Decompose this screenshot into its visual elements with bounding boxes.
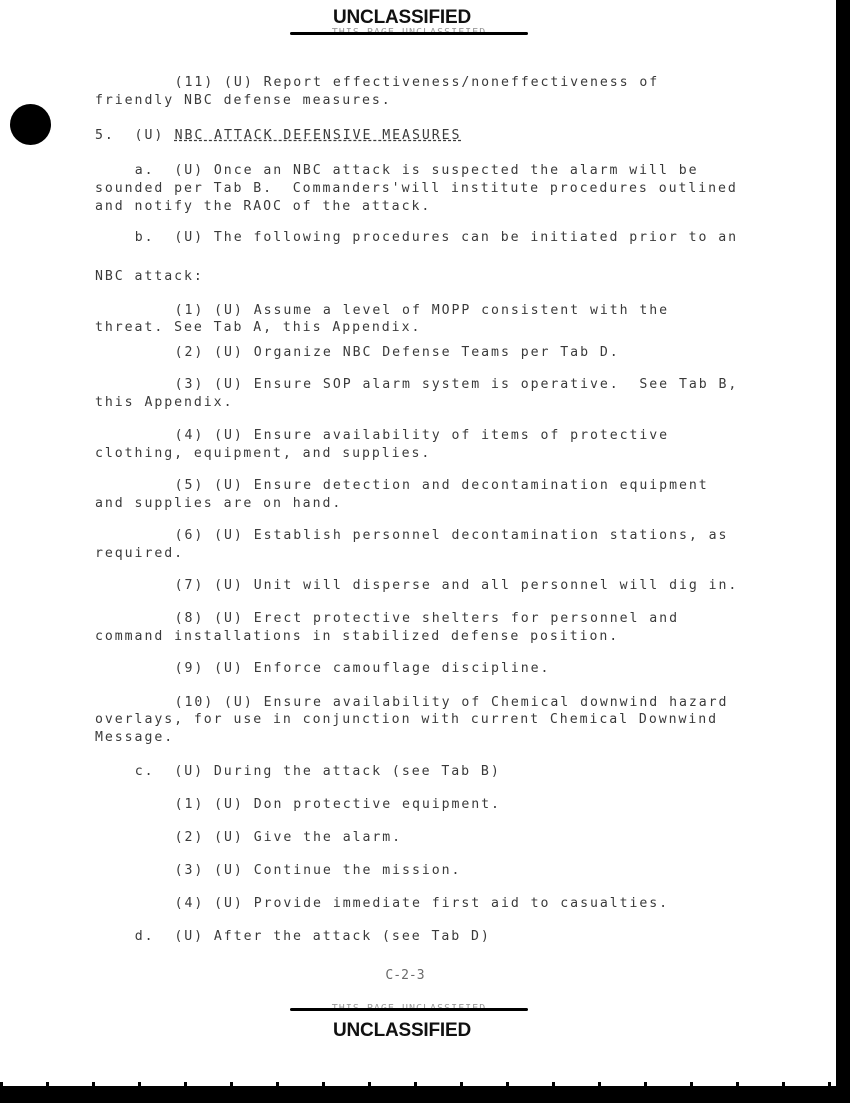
text-line: (4) (U) Ensure availability of items of …: [175, 427, 669, 445]
text-line: and notify the RAOC of the attack.: [95, 198, 431, 216]
text-line: (1) (U) Assume a level of MOPP consisten…: [175, 302, 669, 320]
text-line: clothing, equipment, and supplies.: [95, 445, 431, 463]
text-line: (4) (U) Provide immediate first aid to c…: [175, 895, 669, 913]
text-line: b. (U) The following procedures can be i…: [135, 229, 738, 247]
text-line: (10) (U) Ensure availability of Chemical…: [175, 694, 729, 712]
text-line: (1) (U) Don protective equipment.: [175, 796, 501, 814]
text-line: c. (U) During the attack (see Tab B): [135, 763, 501, 781]
struck-page-marking-top: THIS PAGE UNCLASSIFIED: [290, 27, 528, 39]
text-line: this Appendix.: [95, 394, 233, 412]
struck-page-marking-bottom: THIS PAGE UNCLASSIFIED: [290, 1003, 528, 1015]
document-page: UNCLASSIFIED THIS PAGE UNCLASSIFIED (11)…: [0, 0, 850, 1103]
text-line: (9) (U) Enforce camouflage discipline.: [175, 660, 551, 678]
text-line: sounded per Tab B. Commanders'will insti…: [95, 180, 738, 198]
text-line: (2) (U) Organize NBC Defense Teams per T…: [175, 344, 620, 362]
text-line: d. (U) After the attack (see Tab D): [135, 928, 491, 946]
text-line: required.: [95, 545, 184, 563]
text-line: (2) (U) Give the alarm.: [175, 829, 402, 847]
punch-hole-icon: [10, 104, 51, 145]
text-line: a. (U) Once an NBC attack is suspected t…: [135, 162, 699, 180]
text-line: (6) (U) Establish personnel decontaminat…: [175, 527, 729, 545]
text-line: (7) (U) Unit will disperse and all perso…: [175, 577, 739, 595]
text-line: (3) (U) Ensure SOP alarm system is opera…: [175, 376, 739, 394]
text-line: (8) (U) Erect protective shelters for pe…: [175, 610, 679, 628]
text-line: Message.: [95, 729, 174, 747]
text-line: and supplies are on hand.: [95, 495, 342, 513]
classification-footer: UNCLASSIFIED: [0, 1020, 804, 1042]
section-heading: NBC ATTACK DEFENSIVE MEASURES: [175, 127, 462, 145]
text-line: (3) (U) Continue the mission.: [175, 862, 462, 880]
classification-header: UNCLASSIFIED: [0, 7, 804, 29]
text-line: friendly NBC defense measures.: [95, 92, 392, 110]
text-line: command installations in stabilized defe…: [95, 628, 619, 646]
page-number: C-2-3: [380, 968, 430, 983]
text-line: NBC attack:: [95, 268, 204, 286]
scan-border-right: [836, 0, 850, 1103]
scan-border-bottom: [0, 1086, 850, 1103]
text-line: (11) (U) Report effectiveness/noneffecti…: [175, 74, 660, 92]
text-line: (5) (U) Ensure detection and decontamina…: [175, 477, 709, 495]
text-line: 5. (U): [95, 127, 174, 145]
text-line: overlays, for use in conjunction with cu…: [95, 711, 718, 729]
text-line: threat. See Tab A, this Appendix.: [95, 319, 421, 337]
